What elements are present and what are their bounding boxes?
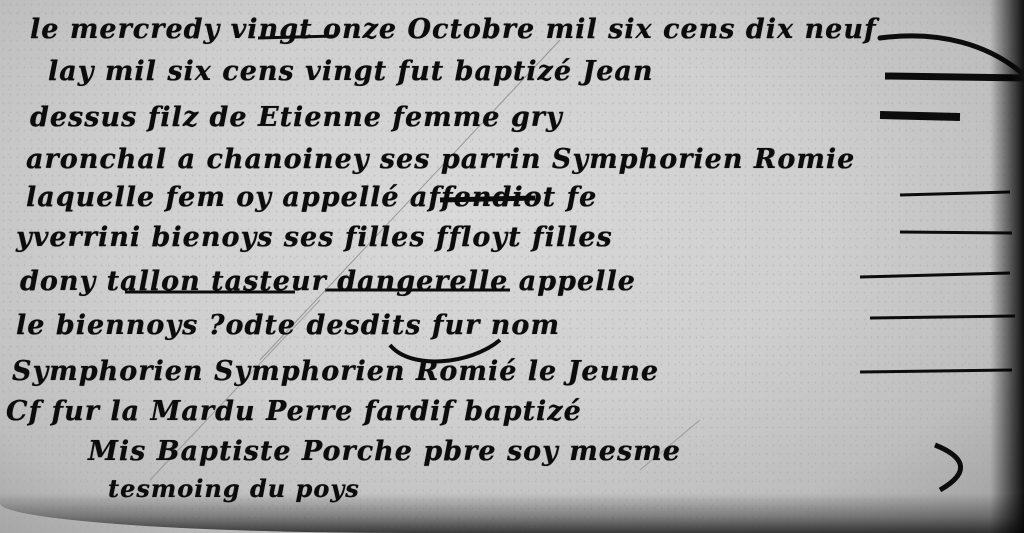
manuscript-line: laquelle fem oy appellé affendiot fe: [26, 182, 597, 213]
manuscript-line: le mercredy vingt onze Octobre mil six c…: [30, 14, 877, 45]
manuscript-line: aronchal a chanoiney ses parrin Symphori…: [26, 144, 855, 175]
manuscript-line: Cf fur la Mardu Perre fardif baptizé: [6, 396, 582, 427]
manuscript-page: le mercredy vingt onze Octobre mil six c…: [0, 0, 1024, 533]
binding-shadow: [990, 0, 1024, 533]
manuscript-line: dony tallon tasteur dangerelle appelle: [20, 266, 636, 297]
manuscript-line: dessus filz de Etienne femme gry: [30, 102, 563, 133]
manuscript-line: lay mil six cens vingt fut baptizé Jean: [48, 56, 654, 87]
manuscript-line: Symphorien Symphorien Romié le Jeune: [12, 356, 659, 387]
manuscript-line: yverrini bienoys ses filles ffloyt fille…: [16, 222, 613, 253]
manuscript-line: Mis Baptiste Porche pbre soy mesme: [88, 436, 681, 467]
manuscript-line: le biennoys ?odte desdits fur nom: [16, 310, 560, 341]
